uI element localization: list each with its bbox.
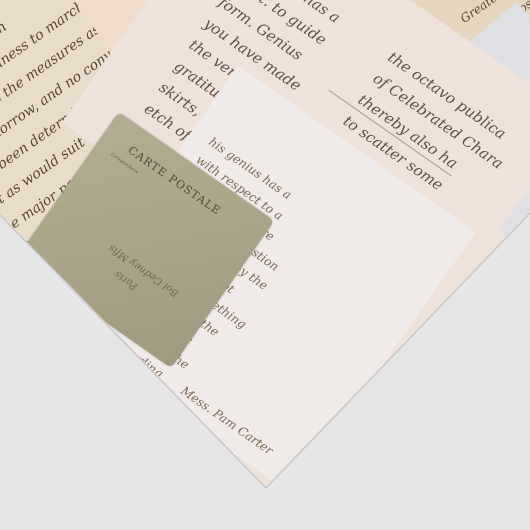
tissue-paper-sheet: Mittler explain their own blows in readi… — [0, 0, 530, 530]
product-scene: Mittler explain their own blows in readi… — [0, 0, 530, 530]
script-line: Mess. Pam Carter — [178, 384, 275, 458]
